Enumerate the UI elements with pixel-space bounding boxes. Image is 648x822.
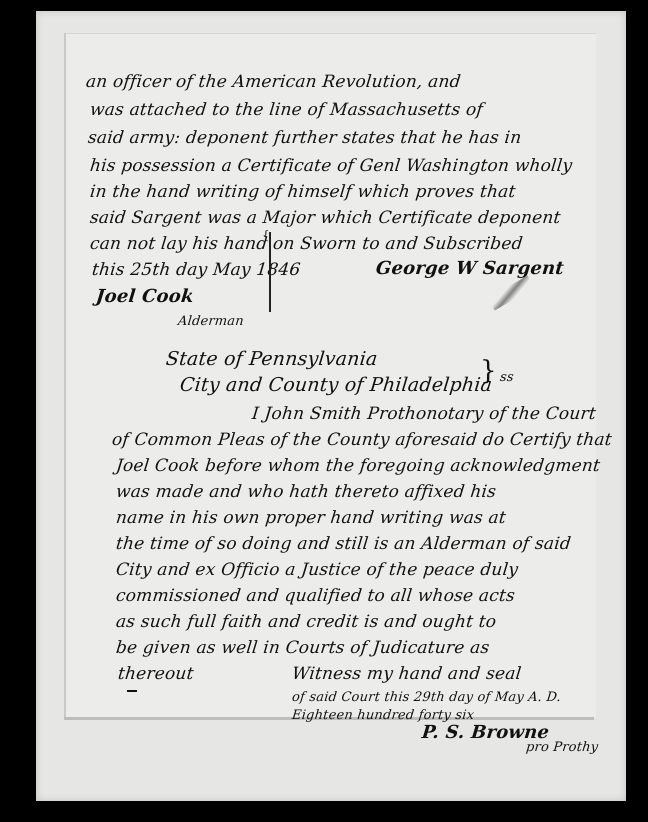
prothonotary-title: pro Prothy [525, 740, 599, 755]
attestation-line-5: name in his own proper hand writing was … [115, 508, 507, 528]
deposition-line-5: in the hand writing of himself which pro… [89, 182, 517, 202]
attestation-heading-state: State of Pennsylvania [165, 348, 379, 370]
seal-bracket-line [269, 232, 271, 312]
deposition-line-6: said Sargent was a Major which Certifica… [89, 208, 562, 228]
deposition-line-7: can not lay his hand on Sworn to and Sub… [89, 234, 524, 254]
attestation-heading-county: City and County of Philadelphia [179, 374, 493, 396]
attestation-line-6: the time of so doing and still is an Ald… [115, 534, 572, 554]
attestation-line-2: of Common Pleas of the County aforesaid … [111, 430, 613, 450]
alderman-signature: Joel Cook [95, 286, 195, 307]
attestation-line-9: as such full faith and credit is and oug… [115, 612, 497, 632]
deponent-signature: George W Sargent [375, 258, 565, 279]
witness-line-3: Eighteen hundred forty six [291, 708, 475, 723]
deposition-line-4: his possession a Certificate of Genl Was… [89, 156, 573, 176]
deposition-line-2: was attached to the line of Massachusett… [89, 100, 484, 120]
alderman-title: Alderman [177, 314, 244, 329]
deposition-line-1: an officer of the American Revolution, a… [85, 72, 462, 92]
witness-line-2: of said Court this 29th day of May A. D. [291, 690, 562, 705]
attestation-line-7: City and ex Officio a Justice of the pea… [115, 560, 519, 580]
attestation-line-8: commissioned and qualified to all whose … [115, 586, 516, 606]
attestation-line-10: be given as well in Courts of Judicature… [115, 638, 491, 658]
attestation-line-3: Joel Cook before whom the foregoing ackn… [115, 456, 601, 476]
heading-brace: } [480, 356, 497, 386]
deposition-line-3: said army: deponent further states that … [87, 128, 522, 148]
margin-dash-mark [127, 690, 137, 692]
attestation-line-11: thereout [117, 664, 195, 684]
witness-line-1: Witness my hand and seal [291, 664, 522, 684]
attestation-line-1: I John Smith Prothonotary of the Court [251, 404, 597, 424]
attestation-line-4: was made and who hath thereto affixed hi… [115, 482, 497, 502]
attestation-heading-ss: ss [499, 370, 514, 385]
